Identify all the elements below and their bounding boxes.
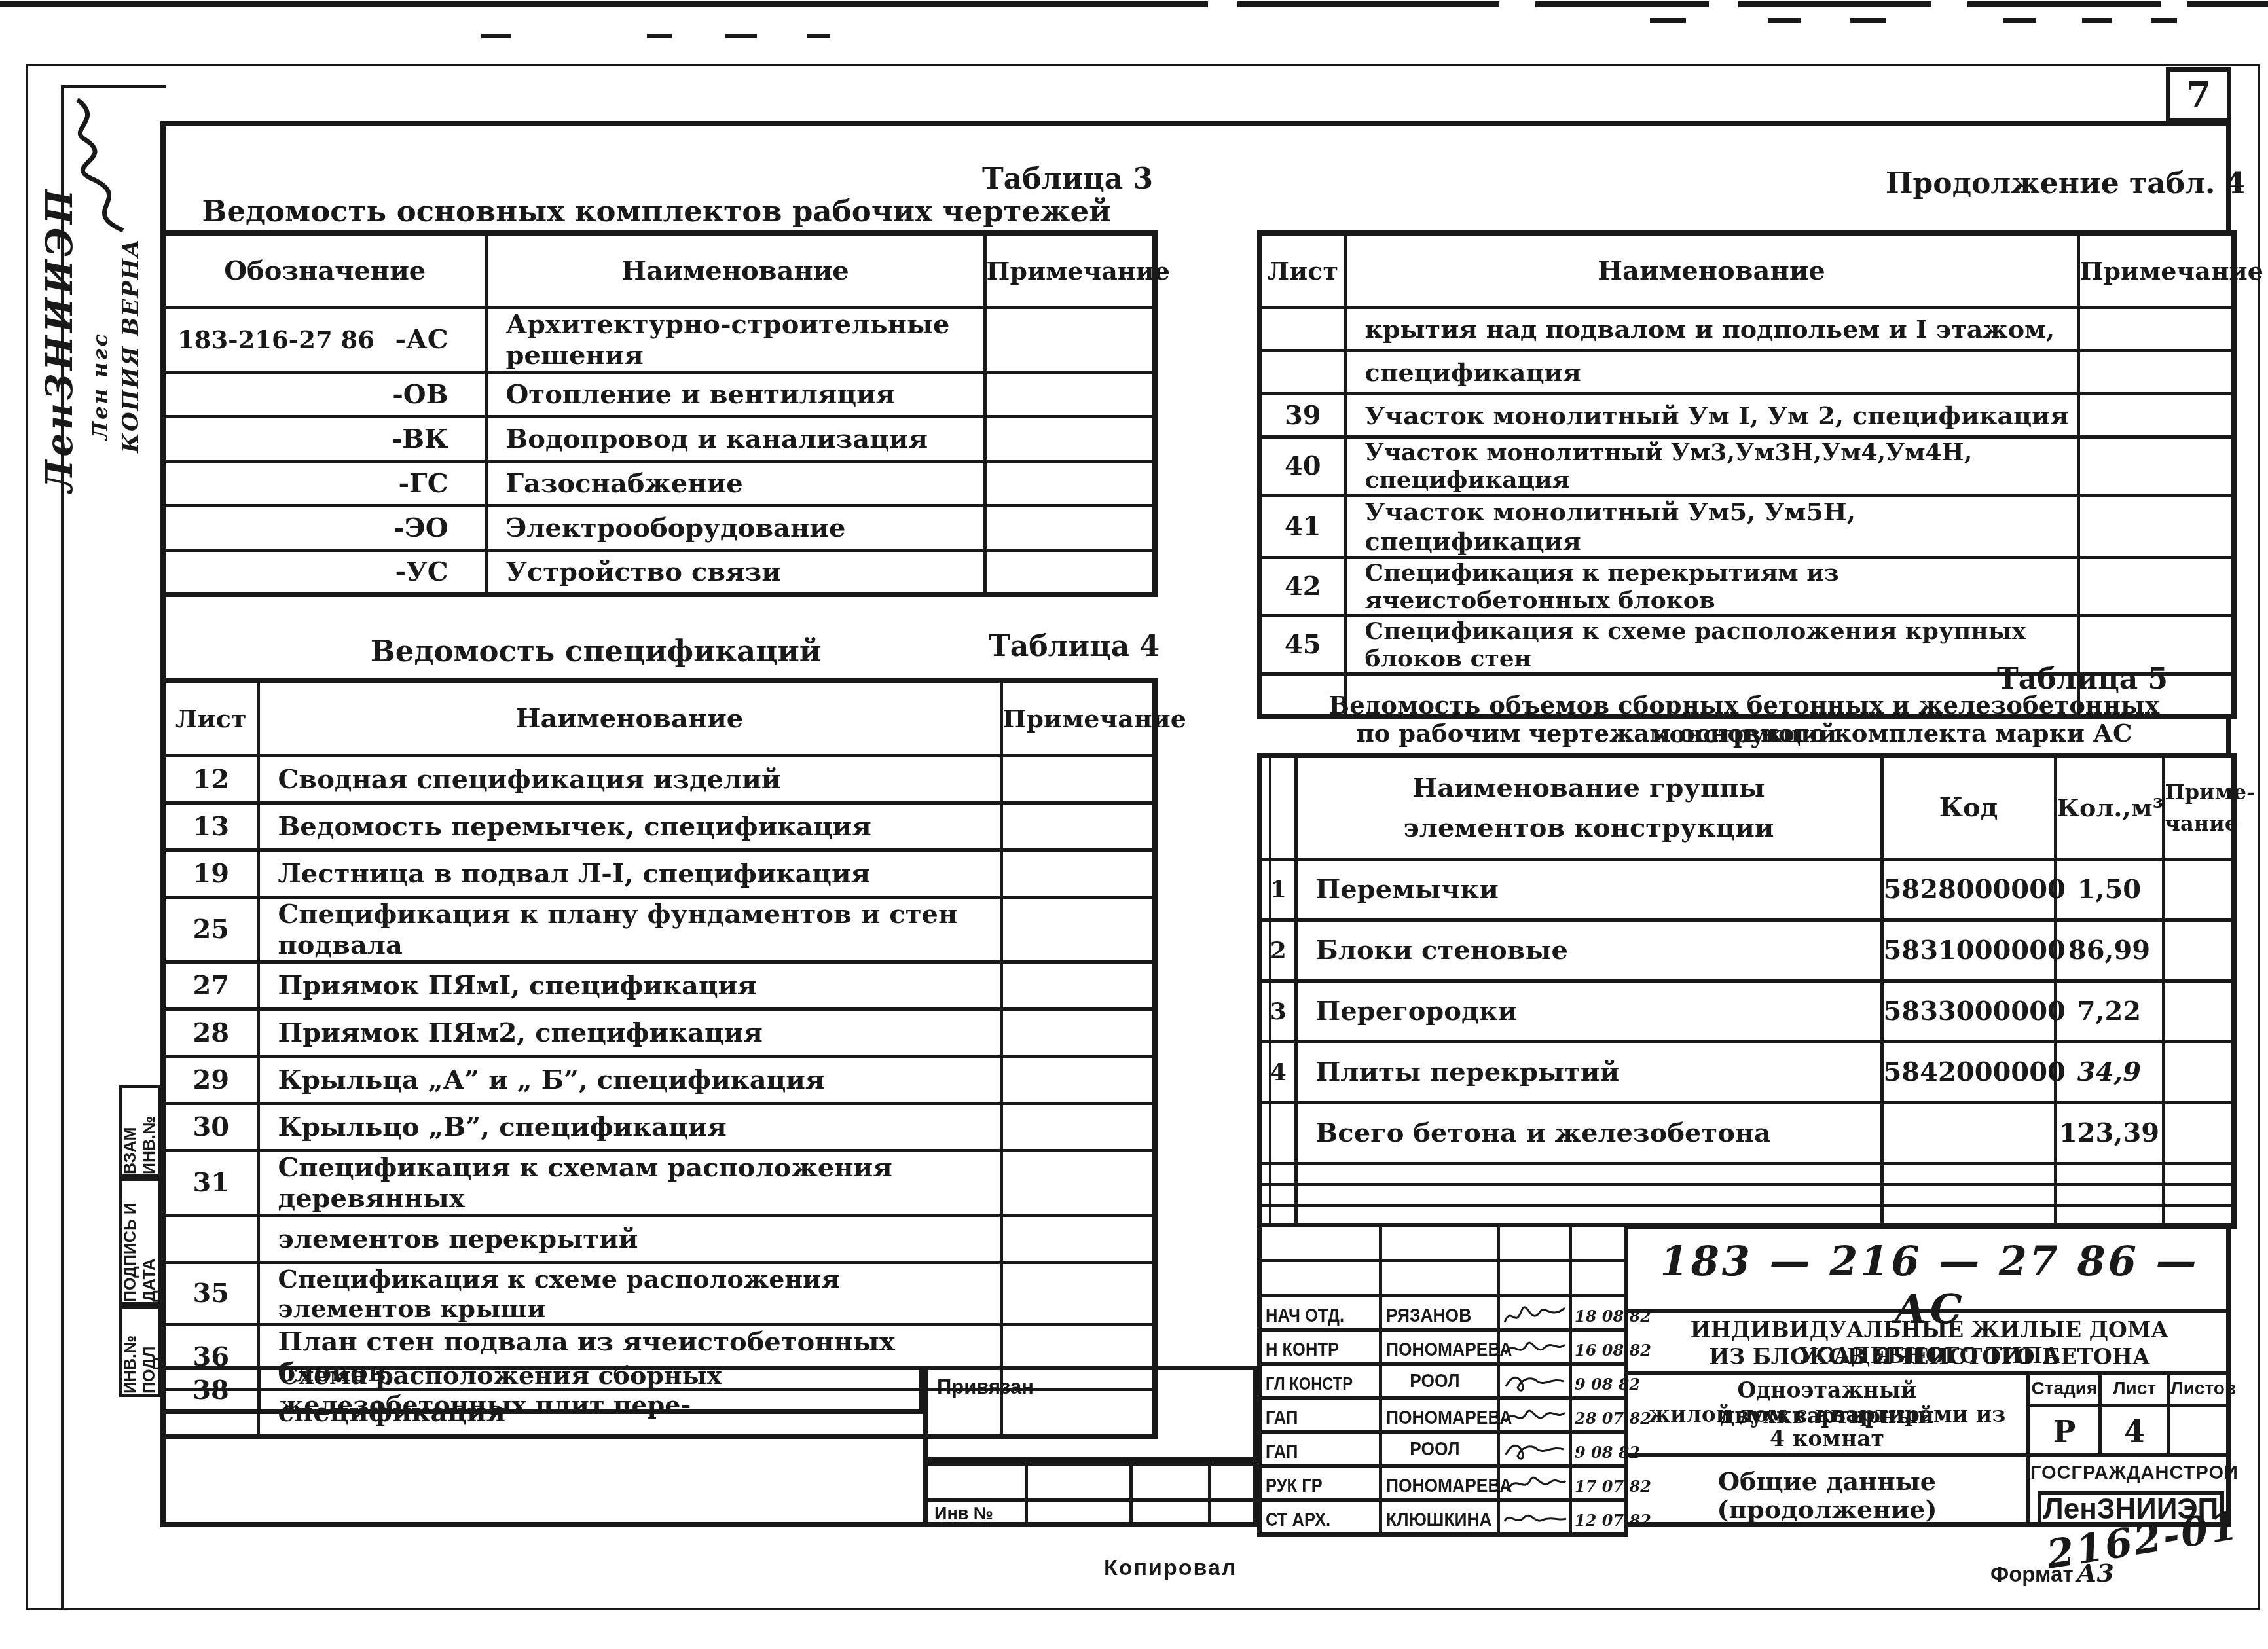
cell-code: 5842000000 <box>1882 1042 2055 1102</box>
signature-icon <box>1502 1368 1567 1394</box>
grid-line <box>1025 1466 1028 1523</box>
signature-name: РЯЗАНОВ <box>1386 1305 1471 1327</box>
cell-note <box>1001 962 1155 1009</box>
cell-name: Лестница в подвал Л-I, спецификация <box>258 850 1001 897</box>
table4-title: Ведомость спецификаций <box>160 634 1031 668</box>
cell-note <box>985 505 1155 550</box>
cell-name: Крыльца „А” и „ Б”, спецификация <box>258 1056 1001 1103</box>
cell-sheet: 45 <box>1260 615 1345 674</box>
cell-sheet: 28 <box>163 1009 258 1056</box>
designation-suffix: -ГС <box>398 468 448 499</box>
signature-icon <box>1502 1504 1567 1531</box>
margin-box-inv-podl: ИНВ.№ ПОДЛ <box>119 1305 161 1397</box>
table-row: 12Сводная спецификация изделий <box>163 755 1155 803</box>
signature-name: ПОНОМАРЕВА <box>1386 1475 1512 1497</box>
doc-title-line2: (продолжение) <box>1628 1495 2026 1524</box>
scan-dash <box>1650 18 1686 23</box>
cell-sheet: 30 <box>163 1103 258 1150</box>
titleblock-line <box>2026 1404 2231 1407</box>
cell-sheet: 35 <box>163 1262 258 1324</box>
header-line: Приме- <box>2165 780 2232 805</box>
table3-title: Ведомость основных комплектов рабочих че… <box>160 194 1152 228</box>
house-desc-line3: 4 комнат <box>1628 1426 2026 1451</box>
table4-last-row: 38 Схема расположения сборных железобето… <box>160 1366 924 1414</box>
cell-sheet <box>163 1215 258 1262</box>
table4: Лист Наименование Примечание 12Сводная с… <box>160 678 1158 1439</box>
cell-sheet: 42 <box>1260 557 1345 615</box>
signature-role: Н КОНТР <box>1266 1339 1339 1361</box>
table-row: -ГС Газоснабжение <box>163 461 1155 505</box>
cell-sheet <box>1260 350 1345 393</box>
cell-sheet: 27 <box>163 962 258 1009</box>
table-row: 13Ведомость перемычек, спецификация <box>163 803 1155 850</box>
scan-dash <box>1850 18 1886 23</box>
stamp-line3-text: КОПИЯ ВЕРНА <box>118 238 144 453</box>
cell-sheet: 39 <box>1260 393 1345 437</box>
signature-table: НАЧ ОТД. РЯЗАНОВ 18 08 82 Н КОНТР ПОНОМА… <box>1257 1223 1628 1537</box>
cell-note <box>2163 859 2234 920</box>
cell-note <box>2078 350 2234 393</box>
cell-sheet: 25 <box>163 897 258 962</box>
cell-name: Газоснабжение <box>486 461 985 505</box>
stamp-line2-text: Лен нгс <box>88 332 113 440</box>
margin-box-vzam-inv: ВЗАМ ИНВ.№ <box>119 1085 161 1178</box>
table-row <box>1260 1225 1626 1261</box>
cell-name: Участок монолитный Ум3,Ум3Н,Ум4,Ум4Н, сп… <box>1345 437 2078 495</box>
cell-sheet: 13 <box>163 803 258 850</box>
cell-num: 2 <box>1260 920 1296 981</box>
table4-continuation: Лист Наименование Примечание крытия над … <box>1257 230 2237 719</box>
cell-name: Устройство связи <box>486 550 985 594</box>
table-row: -ВК Водопровод и канализация <box>163 416 1155 461</box>
signature-row: Н КОНТР ПОНОМАРЕВА 16 08 82 <box>1260 1330 1626 1364</box>
col-header-designation: Обозначение <box>163 233 486 307</box>
col-header-name: Наименование <box>1345 233 2078 307</box>
table-row: элементов перекрытий <box>163 1215 1155 1262</box>
cell-name: крытия над подвалом и подпольем и I этаж… <box>1345 307 2078 350</box>
col-header-note: Приме- чание <box>2163 755 2234 859</box>
cell-name: Приямок ПЯм2, спецификация <box>258 1009 1001 1056</box>
col-header-note: Примечание <box>1001 680 1155 755</box>
col-header-sheet: Лист <box>1260 233 1345 307</box>
table-row: 41Участок монолитный Ум5, Ум5Н, специфик… <box>1260 495 2234 557</box>
cell-name: Спецификация к перекрытиям из ячеистобет… <box>1345 557 2078 615</box>
margin-box-podpis-data: ПОДПИСЬ И ДАТА <box>119 1178 161 1305</box>
cell-name: элементов перекрытий <box>258 1215 1001 1262</box>
cell-note <box>2163 1102 2234 1163</box>
header-line: Наименование группы <box>1298 772 1880 803</box>
table-row: 30Крыльцо „В”, спецификация <box>163 1103 1155 1150</box>
binding-box: Привязан <box>923 1366 1257 1461</box>
signature-icon <box>1502 1300 1567 1326</box>
signature-row: ГЛ КОНСТР РООЛ 9 08 82 <box>1260 1364 1626 1398</box>
titleblock-line <box>1624 1453 2231 1457</box>
table-row: -УС Устройство связи <box>163 550 1155 594</box>
doc-title-line1: Общие данные <box>1628 1466 2026 1496</box>
cell-note <box>1001 897 1155 962</box>
grid-line <box>1208 1466 1211 1523</box>
cell-note <box>1001 1150 1155 1215</box>
cell-code: 5833000000 <box>1882 981 2055 1042</box>
cell-note <box>1001 1262 1155 1324</box>
scan-edge-line <box>0 1 2268 7</box>
table-row: 27Приямок ПЯмI, спецификация <box>163 962 1155 1009</box>
table-header-row: Наименование группы элементов конструкци… <box>1260 755 2234 859</box>
cell-name: Водопровод и канализация <box>486 416 985 461</box>
signature-role: РУК ГР <box>1266 1476 1323 1497</box>
table-row: 25Спецификация к плану фундаментов и сте… <box>163 897 1155 962</box>
col-header-qty: Кол.,м³ <box>2055 755 2163 859</box>
stamp-signature-icon <box>64 93 143 237</box>
col-header-sheet: Лист <box>163 680 258 755</box>
col-header-num <box>1260 755 1296 859</box>
cell-sheet: 41 <box>1260 495 1345 557</box>
page-number-box: 7 <box>2166 67 2231 122</box>
grid-line <box>1129 1466 1133 1523</box>
cell-qty-handwritten: 34,9 <box>2077 1057 2141 1087</box>
cell-sheet: 31 <box>163 1150 258 1215</box>
table-row <box>1260 1261 1626 1296</box>
table-row: крытия над подвалом и подпольем и I этаж… <box>1260 307 2234 350</box>
col-header-note: Примечание <box>985 233 1155 307</box>
cell-qty: 1,50 <box>2055 859 2163 920</box>
cell-name: Крыльцо „В”, спецификация <box>258 1103 1001 1150</box>
grid-line <box>928 1498 1253 1502</box>
cell-sheet: 19 <box>163 850 258 897</box>
table-row: 1 Перемычки 5828000000 1,50 <box>1260 859 2234 920</box>
cell-note <box>1001 1215 1155 1262</box>
cell-sheet: 38 <box>165 1370 261 1409</box>
scan-gap <box>1208 0 1237 9</box>
table-row: 28Приямок ПЯм2, спецификация <box>163 1009 1155 1056</box>
cell-note <box>2078 307 2234 350</box>
cell-note <box>2163 981 2234 1042</box>
scan-dash <box>2082 18 2112 23</box>
cell-note <box>1001 1056 1155 1103</box>
scan-dash <box>647 34 672 38</box>
cell-note <box>2078 495 2234 557</box>
cell-name: Спецификация к плану фундаментов и стен … <box>258 897 1001 962</box>
margin-label: ПОДПИСЬ И ДАТА <box>121 1181 159 1302</box>
table-row: 183-216-27 86-АС Архитектурно-строительн… <box>163 307 1155 372</box>
signature-name: ПОНОМАРЕВА <box>1386 1339 1512 1361</box>
table-row: 35Спецификация к схеме расположения элем… <box>163 1262 1155 1324</box>
cell-name: Блоки стеновые <box>1296 920 1882 981</box>
sheets-label: Листов <box>2170 1378 2231 1399</box>
table-row: 19Лестница в подвал Л-I, спецификация <box>163 850 1155 897</box>
table-row: -ОВ Отопление и вентиляция <box>163 372 1155 416</box>
cell-name: Участок монолитный Ум5, Ум5Н, спецификац… <box>1345 495 2078 557</box>
header-line: чание <box>2165 811 2232 836</box>
scan-dash <box>807 34 830 38</box>
titleblock-line <box>1624 1371 2231 1375</box>
cell-name: Приямок ПЯмI, спецификация <box>258 962 1001 1009</box>
cell-name: Электрооборудование <box>486 505 985 550</box>
scan-gap <box>1499 0 1535 9</box>
table5-title-line2: по рабочим чертежам основного комплекта … <box>1257 719 2231 748</box>
table-row: 42Спецификация к перекрытиям из ячеистоб… <box>1260 557 2234 615</box>
stage-label: Стадия <box>2030 1378 2098 1399</box>
table-row: 3 Перегородки 5833000000 7,22 <box>1260 981 2234 1042</box>
designation-suffix: -АС <box>395 324 448 355</box>
cell-code <box>1882 1102 2055 1163</box>
cell-note <box>1001 850 1155 897</box>
cell-name: Спецификация к схеме расположения элемен… <box>258 1262 1001 1324</box>
table-row <box>1260 1163 2234 1184</box>
signature-role: НАЧ ОТД. <box>1266 1305 1344 1327</box>
cell-total-label: Всего бетона и железобетона <box>1296 1102 1882 1163</box>
cell-note <box>985 307 1155 372</box>
inventory-label: Инв № <box>934 1504 993 1524</box>
scan-dash <box>481 34 511 38</box>
signature-row: НАЧ ОТД. РЯЗАНОВ 18 08 82 <box>1260 1296 1626 1330</box>
table-row: 2 Блоки стеновые 5831000000 86,99 <box>1260 920 2234 981</box>
table-header-row: Лист Наименование Примечание <box>163 680 1155 755</box>
cell-qty: 7,22 <box>2055 981 2163 1042</box>
table-row: 4 Плиты перекрытий 5842000000 34,9 <box>1260 1042 2234 1102</box>
cell-note <box>1001 1103 1155 1150</box>
margin-label: ИНВ.№ ПОДЛ <box>121 1309 159 1394</box>
table5: Наименование группы элементов конструкци… <box>1257 753 2237 1229</box>
titleblock-line <box>1257 1223 2231 1227</box>
cell-note <box>2078 557 2234 615</box>
table3-caption: Таблица 3 <box>982 162 1153 196</box>
scan-gap <box>1931 0 1967 9</box>
cell-note <box>985 416 1155 461</box>
table-row <box>1260 1184 2234 1205</box>
scan-gap <box>2161 0 2187 9</box>
binding-label: Привязан <box>937 1375 1034 1399</box>
cell-sheet: 12 <box>163 755 258 803</box>
scan-dash <box>2003 18 2036 23</box>
col-header-name: Наименование группы элементов конструкци… <box>1296 755 1882 859</box>
table-header-row: Лист Наименование Примечание <box>1260 233 2234 307</box>
cell-sheet <box>1260 307 1345 350</box>
cell-note <box>2163 1042 2234 1102</box>
table4cont-caption: Продолжение табл. 4 <box>1886 167 2245 200</box>
cell-note <box>2078 393 2234 437</box>
stage-value: Р <box>2030 1414 2098 1449</box>
cell-num: 3 <box>1260 981 1296 1042</box>
cell-note <box>985 372 1155 416</box>
signature-name: КЛЮШКИНА <box>1386 1509 1492 1531</box>
table-row: 39Участок монолитный Ум I, Ум 2, специфи… <box>1260 393 2234 437</box>
cell-name: Перегородки <box>1296 981 1882 1042</box>
signature-row: СТ АРХ. КЛЮШКИНА 12 07 82 <box>1260 1500 1626 1535</box>
signature-row: РУК ГР ПОНОМАРЕВА 17 07 82 <box>1260 1466 1626 1500</box>
cell-name: Схема расположения сборных железобетонны… <box>261 1370 919 1409</box>
cell-code: 5828000000 <box>1882 859 2055 920</box>
scan-dash <box>1768 18 1801 23</box>
col-header-code: Код <box>1882 755 2055 859</box>
designation-suffix: -ЭО <box>393 513 448 543</box>
cell-note <box>1001 1009 1155 1056</box>
cell-note <box>1001 803 1155 850</box>
table-row: спецификация <box>1260 350 2234 393</box>
col-header-name: Наименование <box>258 680 1001 755</box>
signature-row: ГАП РООЛ 9 08 82 <box>1260 1432 1626 1466</box>
cell-total-qty: 123,39 <box>2055 1102 2163 1163</box>
table3: Обозначение Наименование Примечание 183-… <box>160 230 1158 597</box>
drawing-sheet: ЛенЗНИИЭП Лен нгс КОПИЯ ВЕРНА 7 ВЗАМ ИНВ… <box>0 0 2268 1649</box>
table-row: -ЭО Электрооборудование <box>163 505 1155 550</box>
cell-name: Спецификация к схемам расположения дерев… <box>258 1150 1001 1215</box>
header-line: элементов конструкции <box>1298 812 1880 843</box>
margin-label: ВЗАМ ИНВ.№ <box>121 1088 159 1174</box>
scan-gap <box>1709 0 1738 9</box>
signature-role: ГАП <box>1266 1441 1298 1463</box>
cell-name: Участок монолитный Ум I, Ум 2, специфика… <box>1345 393 2078 437</box>
cell-name: Перемычки <box>1296 859 1882 920</box>
cell-name: Архитектурно-строительные решения <box>486 307 985 372</box>
signature-name: РООЛ <box>1386 1438 1484 1460</box>
signature-role: ГЛ КОНСТР <box>1266 1374 1353 1394</box>
designation-suffix: -ОВ <box>392 379 448 410</box>
cell-name: Ведомость перемычек, спецификация <box>258 803 1001 850</box>
cell-note <box>1001 755 1155 803</box>
scan-dash <box>2151 18 2177 23</box>
cell-note <box>2163 920 2234 981</box>
cell-note <box>985 461 1155 505</box>
table-row: 40Участок монолитный Ум3,Ум3Н,Ум4,Ум4Н, … <box>1260 437 2234 495</box>
cell-num <box>1260 1102 1296 1163</box>
signature-role: СТ АРХ. <box>1266 1510 1330 1531</box>
designation-base: 183-216-27 86 <box>177 325 375 354</box>
signature-name: РООЛ <box>1386 1370 1484 1392</box>
signature-name: ПОНОМАРЕВА <box>1386 1407 1512 1429</box>
table5-double-border <box>1269 753 1271 1223</box>
col-header-note: Примечание <box>2078 233 2234 307</box>
cell-qty: 86,99 <box>2055 920 2163 981</box>
cell-note <box>985 550 1155 594</box>
signature-row: ГАП ПОНОМАРЕВА 28 07 82 <box>1260 1398 1626 1432</box>
table-row: Всего бетона и железобетона 123,39 <box>1260 1102 2234 1163</box>
cell-name: Плиты перекрытий <box>1296 1042 1882 1102</box>
designation-suffix: -УС <box>395 556 448 587</box>
cell-name: Спецификация к схеме расположения крупны… <box>1345 615 2078 674</box>
sheet-label: Лист <box>2102 1378 2167 1399</box>
col-header-name: Наименование <box>486 233 985 307</box>
cell-num: 1 <box>1260 859 1296 920</box>
cell-code: 5831000000 <box>1882 920 2055 981</box>
table-header-row: Обозначение Наименование Примечание <box>163 233 1155 307</box>
copy-stamp: ЛенЗНИИЭП Лен нгс КОПИЯ ВЕРНА <box>38 70 162 518</box>
cell-name: Сводная спецификация изделий <box>258 755 1001 803</box>
table-row: 29Крыльца „А” и „ Б”, спецификация <box>163 1056 1155 1103</box>
cell-sheet: 29 <box>163 1056 258 1103</box>
designation-suffix: -ВК <box>392 424 448 454</box>
cell-sheet: 40 <box>1260 437 1345 495</box>
table-row: 31Спецификация к схемам расположения дер… <box>163 1150 1155 1215</box>
cell-note <box>2078 437 2234 495</box>
house-desc-line2: жилой дом с квартирами из <box>1628 1402 2026 1427</box>
cell-num: 4 <box>1260 1042 1296 1102</box>
org-name: ГОСГРАЖДАНСТРОИ <box>2030 1462 2231 1484</box>
copied-label: Копировал <box>1104 1555 1237 1581</box>
inventory-grid: Инв № <box>923 1461 1257 1527</box>
project-object-line2: ИЗ БЛОКОВ ЯЧЕИСТОГО БЕТОНА <box>1628 1344 2231 1369</box>
page-number: 7 <box>2186 74 2211 116</box>
scan-dash <box>725 34 757 38</box>
signature-role: ГАП <box>1266 1407 1298 1429</box>
signature-icon <box>1502 1436 1567 1462</box>
cell-name: спецификация <box>1345 350 2078 393</box>
sheet-value: 4 <box>2102 1414 2167 1449</box>
cell-name: Отопление и вентиляция <box>486 372 985 416</box>
